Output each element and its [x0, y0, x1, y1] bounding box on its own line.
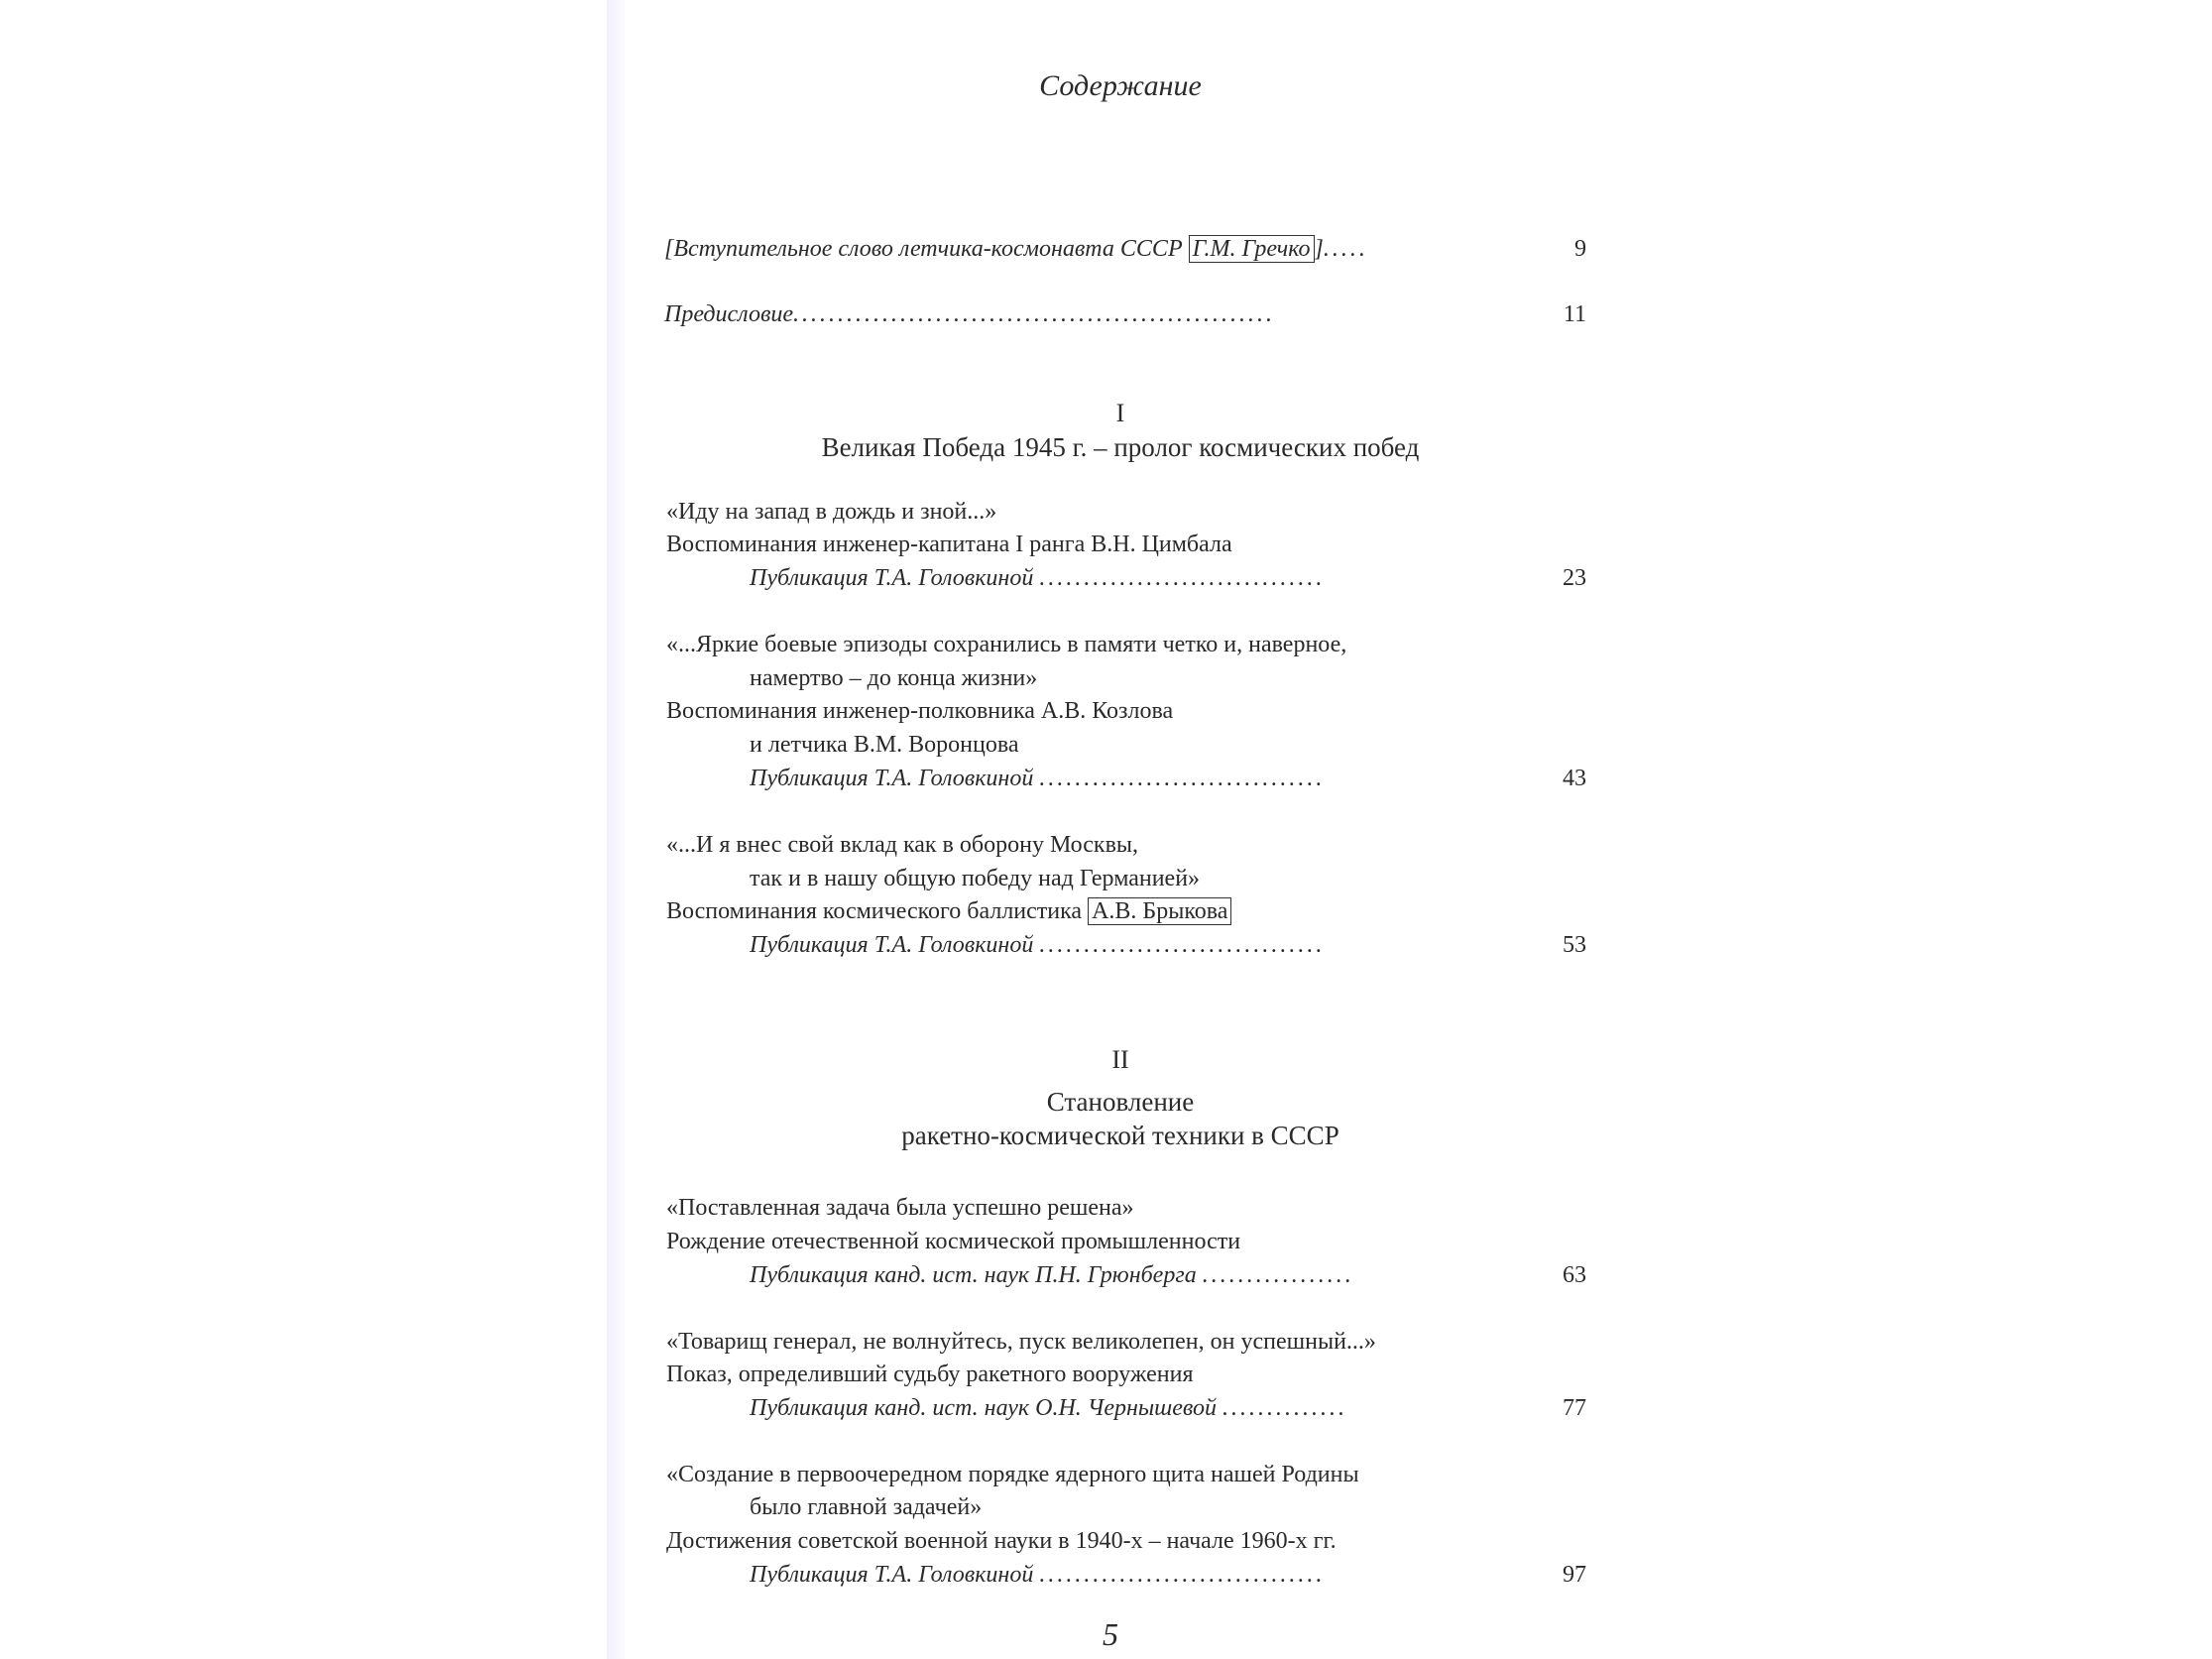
page-ref: 9 — [1527, 236, 1586, 263]
page-title: Содержание — [625, 69, 1616, 103]
page-ref: 53 — [1527, 932, 1586, 959]
entry-line: «...Яркие боевые эпизоды сохранились в п… — [666, 632, 1346, 658]
entry-line: Достижения советской военной науки в 194… — [666, 1528, 1337, 1555]
toc-entry-publication[interactable]: Публикация Т.А. Головкиной .............… — [750, 766, 1325, 792]
page-number: 5 — [615, 1616, 1606, 1653]
section-title: Становление — [625, 1087, 1616, 1118]
page-edge — [607, 0, 625, 1659]
section-numeral: II — [625, 1045, 1616, 1075]
entry-line: «...И я внес свой вклад как в оборону Мо… — [666, 832, 1138, 859]
entry-line: так и в нашу общую победу над Германией» — [750, 866, 1200, 892]
boxed-name: А.В. Брыкова — [1088, 897, 1231, 925]
book-page: Содержание [Вступительное слово летчика-… — [625, 0, 1606, 1659]
page-ref: 43 — [1527, 766, 1586, 792]
entry-line: Воспоминания инженер-капитана I ранга В.… — [666, 532, 1232, 558]
page-ref: 77 — [1527, 1395, 1586, 1422]
section-numeral: I — [625, 399, 1616, 428]
page-ref: 63 — [1527, 1262, 1586, 1289]
toc-entry-publication[interactable]: Публикация Т.А. Головкиной .............… — [750, 565, 1325, 592]
toc-entry-publication[interactable]: Публикация Т.А. Головкиной .............… — [750, 932, 1325, 959]
page-ref: 97 — [1527, 1562, 1586, 1589]
page-ref: 23 — [1527, 565, 1586, 592]
entry-line: Рождение отечественной космической промы… — [666, 1229, 1240, 1255]
toc-entry-publication[interactable]: Публикация Т.А. Головкиной .............… — [750, 1562, 1325, 1589]
entry-line: «Товарищ генерал, не волнуйтесь, пуск ве… — [666, 1329, 1376, 1356]
section-title: Великая Победа 1945 г. – пролог космичес… — [625, 432, 1616, 463]
section-title: ракетно-космической техники в СССР — [625, 1121, 1616, 1151]
toc-entry-publication[interactable]: Публикация канд. ист. наук П.Н. Грюнберг… — [750, 1262, 1354, 1289]
boxed-name: Г.М. Гречко — [1189, 235, 1315, 263]
toc-entry-publication[interactable]: Публикация канд. ист. наук О.Н. Чернышев… — [750, 1395, 1347, 1422]
entry-line: и летчика В.М. Воронцова — [750, 732, 1019, 759]
entry-line: «Поставленная задача была успешно решена… — [666, 1195, 1134, 1222]
entry-line: «Создание в первоочередном порядке ядерн… — [666, 1462, 1359, 1488]
entry-line: Воспоминания инженер-полковника А.В. Коз… — [666, 698, 1173, 725]
entry-line: было главной задачей» — [750, 1494, 982, 1521]
entry-line: намертво – до конца жизни» — [750, 665, 1037, 692]
entry-line: «Иду на запад в дождь и зной...» — [666, 499, 996, 526]
entry-line: Воспоминания космического баллистика А.В… — [666, 898, 1231, 925]
toc-entry-intro[interactable]: [Вступительное слово летчика-космонавта … — [664, 236, 1368, 263]
entry-line: Показ, определивший судьбу ракетного воо… — [666, 1362, 1194, 1388]
page-ref: 11 — [1527, 301, 1586, 328]
toc-entry-preface[interactable]: Предисловие.............................… — [664, 301, 1275, 328]
